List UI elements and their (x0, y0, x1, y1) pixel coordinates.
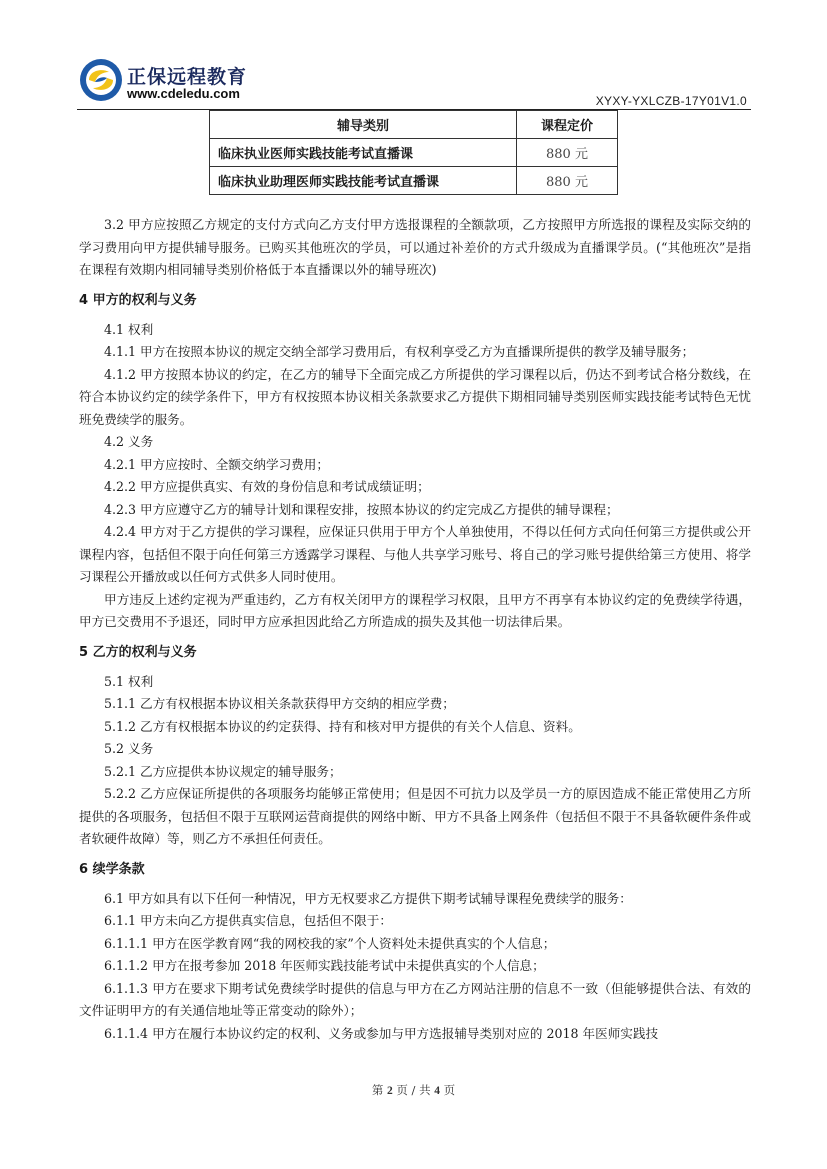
brand-name: 正保远程教育 (127, 62, 247, 89)
brand-url: www.cdeledu.com (127, 86, 240, 101)
page-footer: 第 2 页 / 共 4 页 (0, 1082, 827, 1098)
total-pages-number: 4 (434, 1085, 440, 1097)
clause-6-1: 6.1 甲方如具有以下任何一种情况，甲方无权要求乙方提供下期考试辅导课程免费续学… (79, 888, 751, 911)
clause-6-1-1-4: 6.1.1.4 甲方在履行本协议约定的权利、义务或参加与甲方选报辅导类别对应的 … (79, 1023, 751, 1046)
clause-5-2: 5.2 义务 (79, 738, 751, 761)
section-4-heading: 4 甲方的权利与义务 (79, 290, 751, 312)
clause-4-2-1: 4.2.1 甲方应按时、全额交纳学习费用； (79, 454, 751, 477)
clause-5-1-1: 5.1.1 乙方有权根据本协议相关条款获得甲方交纳的相应学费； (79, 693, 751, 716)
clause-4-1: 4.1 权利 (79, 319, 751, 342)
clause-6-1-1: 6.1.1 甲方未向乙方提供真实信息，包括但不限于： (79, 910, 751, 933)
footer-prefix: 第 (372, 1083, 384, 1097)
table-row: 临床执业医师实践技能考试直播课 880 元 (210, 139, 618, 167)
document-code: XYXY-YXLCZB-17Y01V1.0 (596, 94, 747, 108)
clause-4-1-1: 4.1.1 甲方在按照本协议的规定交纳全部学习费用后，有权利享受乙方为直播课所提… (79, 341, 751, 364)
clause-4-1-2: 4.1.2 甲方按照本协议的约定，在乙方的辅导下全面完成乙方所提供的学习课程以后… (79, 364, 751, 432)
clause-5-2-2: 5.2.2 乙方应保证所提供的各项服务均能够正常使用；但是因不可抗力以及学员一方… (79, 783, 751, 851)
table-row: 临床执业助理医师实践技能考试直播课 880 元 (210, 167, 618, 195)
footer-suffix: 页 (444, 1083, 456, 1097)
clause-4-2-3: 4.2.3 甲方应遵守乙方的辅导计划和课程安排，按照本协议的约定完成乙方提供的辅… (79, 499, 751, 522)
section-5-heading: 5 乙方的权利与义务 (79, 642, 751, 664)
clause-4-2-2: 4.2.2 甲方应提供真实、有效的身份信息和考试成绩证明； (79, 476, 751, 499)
course-category: 临床执业助理医师实践技能考试直播课 (210, 167, 517, 195)
current-page-number: 2 (387, 1085, 393, 1097)
clause-6-1-1-3: 6.1.1.3 甲方在要求下期考试免费续学时提供的信息与甲方在乙方网站注册的信息… (79, 978, 751, 1023)
column-header-category: 辅导类别 (210, 111, 517, 139)
section-6-heading: 6 续学条款 (79, 859, 751, 881)
page-header: 正保远程教育 www.cdeledu.com XYXY-YXLCZB-17Y01… (79, 58, 751, 110)
clause-4-2-4: 4.2.4 甲方对于乙方提供的学习课程，应保证只供用于甲方个人单独使用，不得以任… (79, 521, 751, 589)
price-table: 辅导类别 课程定价 临床执业医师实践技能考试直播课 880 元 临床执业助理医师… (209, 110, 618, 195)
clause-5-2-1: 5.2.1 乙方应提供本协议规定的辅导服务； (79, 761, 751, 784)
table-header-row: 辅导类别 课程定价 (210, 111, 618, 139)
clause-6-1-1-1: 6.1.1.1 甲方在医学教育网“我的网校我的家”个人资料处未提供真实的个人信息… (79, 933, 751, 956)
footer-middle: 页 / 共 (396, 1083, 430, 1097)
clause-4-2: 4.2 义务 (79, 431, 751, 454)
column-header-price: 课程定价 (517, 111, 618, 139)
clause-5-1: 5.1 权利 (79, 671, 751, 694)
clause-6-1-1-2: 6.1.1.2 甲方在报考参加 2018 年医师实践技能考试中未提供真实的个人信… (79, 955, 751, 978)
clause-5-1-2: 5.1.2 乙方有权根据本协议的约定获得、持有和核对甲方提供的有关个人信息、资料… (79, 716, 751, 739)
document-body: 3.2 甲方应按照乙方规定的支付方式向乙方支付甲方选报课程的全额款项，乙方按照甲… (79, 214, 751, 1045)
clause-3-2: 3.2 甲方应按照乙方规定的支付方式向乙方支付甲方选报课程的全额款项，乙方按照甲… (79, 214, 751, 282)
course-price: 880 元 (517, 139, 618, 167)
course-price: 880 元 (517, 167, 618, 195)
course-category: 临床执业医师实践技能考试直播课 (210, 139, 517, 167)
clause-4-violation: 甲方违反上述约定视为严重违约，乙方有权关闭甲方的课程学习权限，且甲方不再享有本协… (79, 589, 751, 634)
company-logo-icon (79, 58, 123, 102)
